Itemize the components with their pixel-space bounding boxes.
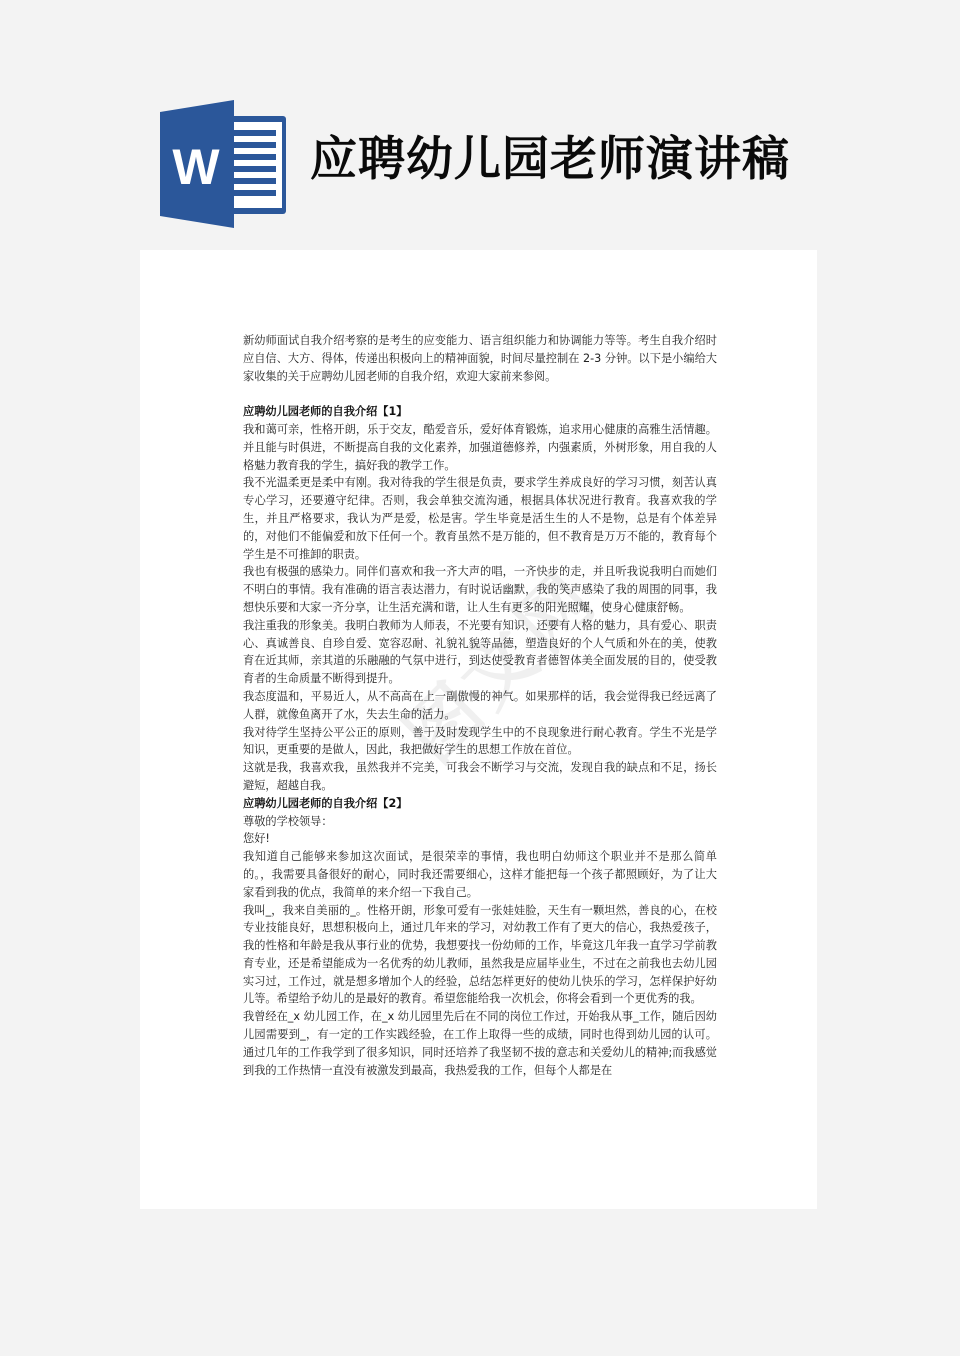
paragraph: 我注重我的形象美。我明白教师为人师表，不光要有知识，还要有人格的魅力，具有爱心、…: [243, 617, 717, 688]
paragraph: 我态度温和，平易近人，从不高高在上一副傲慢的神气。如果那样的话，我会觉得我已经远…: [243, 688, 717, 724]
paragraph: 我曾经在_x 幼儿园工作，在_x 幼儿园里先后在不同的岗位工作过，开始我从事_工…: [243, 1008, 717, 1079]
paragraph: 我叫_，我来自美丽的_。性格开朗，形象可爱有一张娃娃脸，天生有一颗坦然，善良的心…: [243, 902, 717, 1009]
paragraph: 我对待学生坚持公平公正的原则，善于及时发现学生中的不良现象进行耐心教育。学生不光…: [243, 724, 717, 760]
paragraph: 我知道自己能够来参加这次面试，是很荣幸的事情，我也明白幼师这个职业并不是那么简单…: [243, 848, 717, 901]
section-heading: 应聘幼儿园老师的自我介绍【2】: [243, 795, 717, 813]
spacer: [243, 385, 717, 403]
paragraph: 这就是我，我喜欢我，虽然我并不完美，可我会不断学习与交流，发现自我的缺点和不足，…: [243, 759, 717, 795]
document-title: 应聘幼儿园老师演讲稿: [310, 130, 790, 190]
document-page: 新幼师面试自我介绍考察的是考生的应变能力、语言组织能力和协调能力等等。考生自我介…: [140, 250, 817, 1209]
paragraph: 我也有极强的感染力。同伴们喜欢和我一齐大声的唱，一齐快步的走，并且听我说我明白而…: [243, 563, 717, 616]
microsoft-word-icon: W: [160, 100, 288, 228]
intro-paragraph: 新幼师面试自我介绍考察的是考生的应变能力、语言组织能力和协调能力等等。考生自我介…: [243, 332, 717, 385]
paragraph: 我不光温柔更是柔中有刚。我对待我的学生很是负责，要求学生养成良好的学习习惯，刻苦…: [243, 474, 717, 563]
section-heading: 应聘幼儿园老师的自我介绍【1】: [243, 403, 717, 421]
paragraph: 您好!: [243, 830, 717, 848]
document-body: 新幼师面试自我介绍考察的是考生的应变能力、语言组织能力和协调能力等等。考生自我介…: [243, 332, 717, 1079]
svg-text:W: W: [172, 139, 220, 195]
document-header: W 应聘幼儿园老师演讲稿: [0, 0, 960, 240]
paragraph: 我和蔼可亲，性格开朗，乐于交友，酷爱音乐，爱好体育锻炼，追求用心健康的高雅生活情…: [243, 421, 717, 474]
paragraph: 尊敬的学校领导：: [243, 813, 717, 831]
